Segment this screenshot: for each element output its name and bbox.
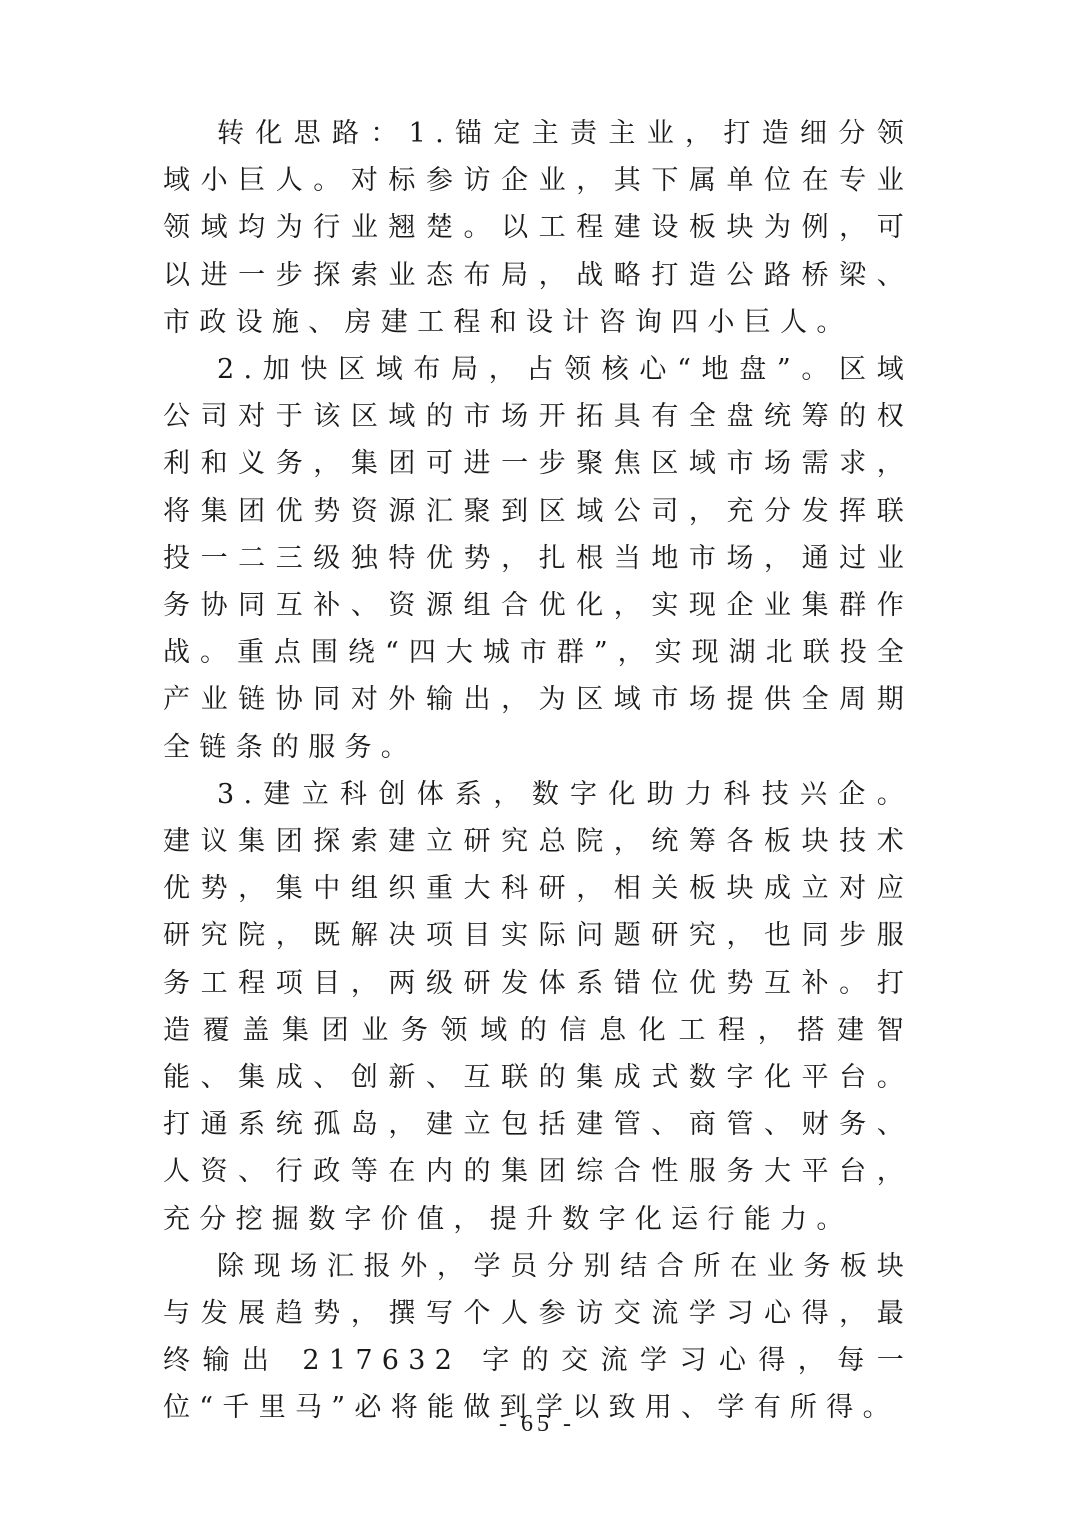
- page-number: - 65 -: [0, 1411, 1074, 1438]
- paragraph-regional-layout: 2.加快区域布局，占领核心“地盘”。区域公司对于该区域的市场开拓具有全盘统筹的权…: [163, 346, 913, 771]
- body-text: 转化思路：1.锚定主责主业，打造细分领域小巨人。对标参访企业，其下属单位在专业领…: [163, 110, 913, 1432]
- paragraph-transformation-ideas: 转化思路：1.锚定主责主业，打造细分领域小巨人。对标参访企业，其下属单位在专业领…: [163, 110, 913, 346]
- paragraph-innovation-system: 3.建立科创体系，数字化助力科技兴企。建议集团探索建立研究总院，统筹各板块技术优…: [163, 771, 913, 1243]
- paragraph-learning-outcomes: 除现场汇报外，学员分别结合所在业务板块与发展趋势，撰写个人参访交流学习心得，最终…: [163, 1243, 913, 1432]
- document-page: 转化思路：1.锚定主责主业，打造细分领域小巨人。对标参访企业，其下属单位在专业领…: [0, 0, 1074, 1520]
